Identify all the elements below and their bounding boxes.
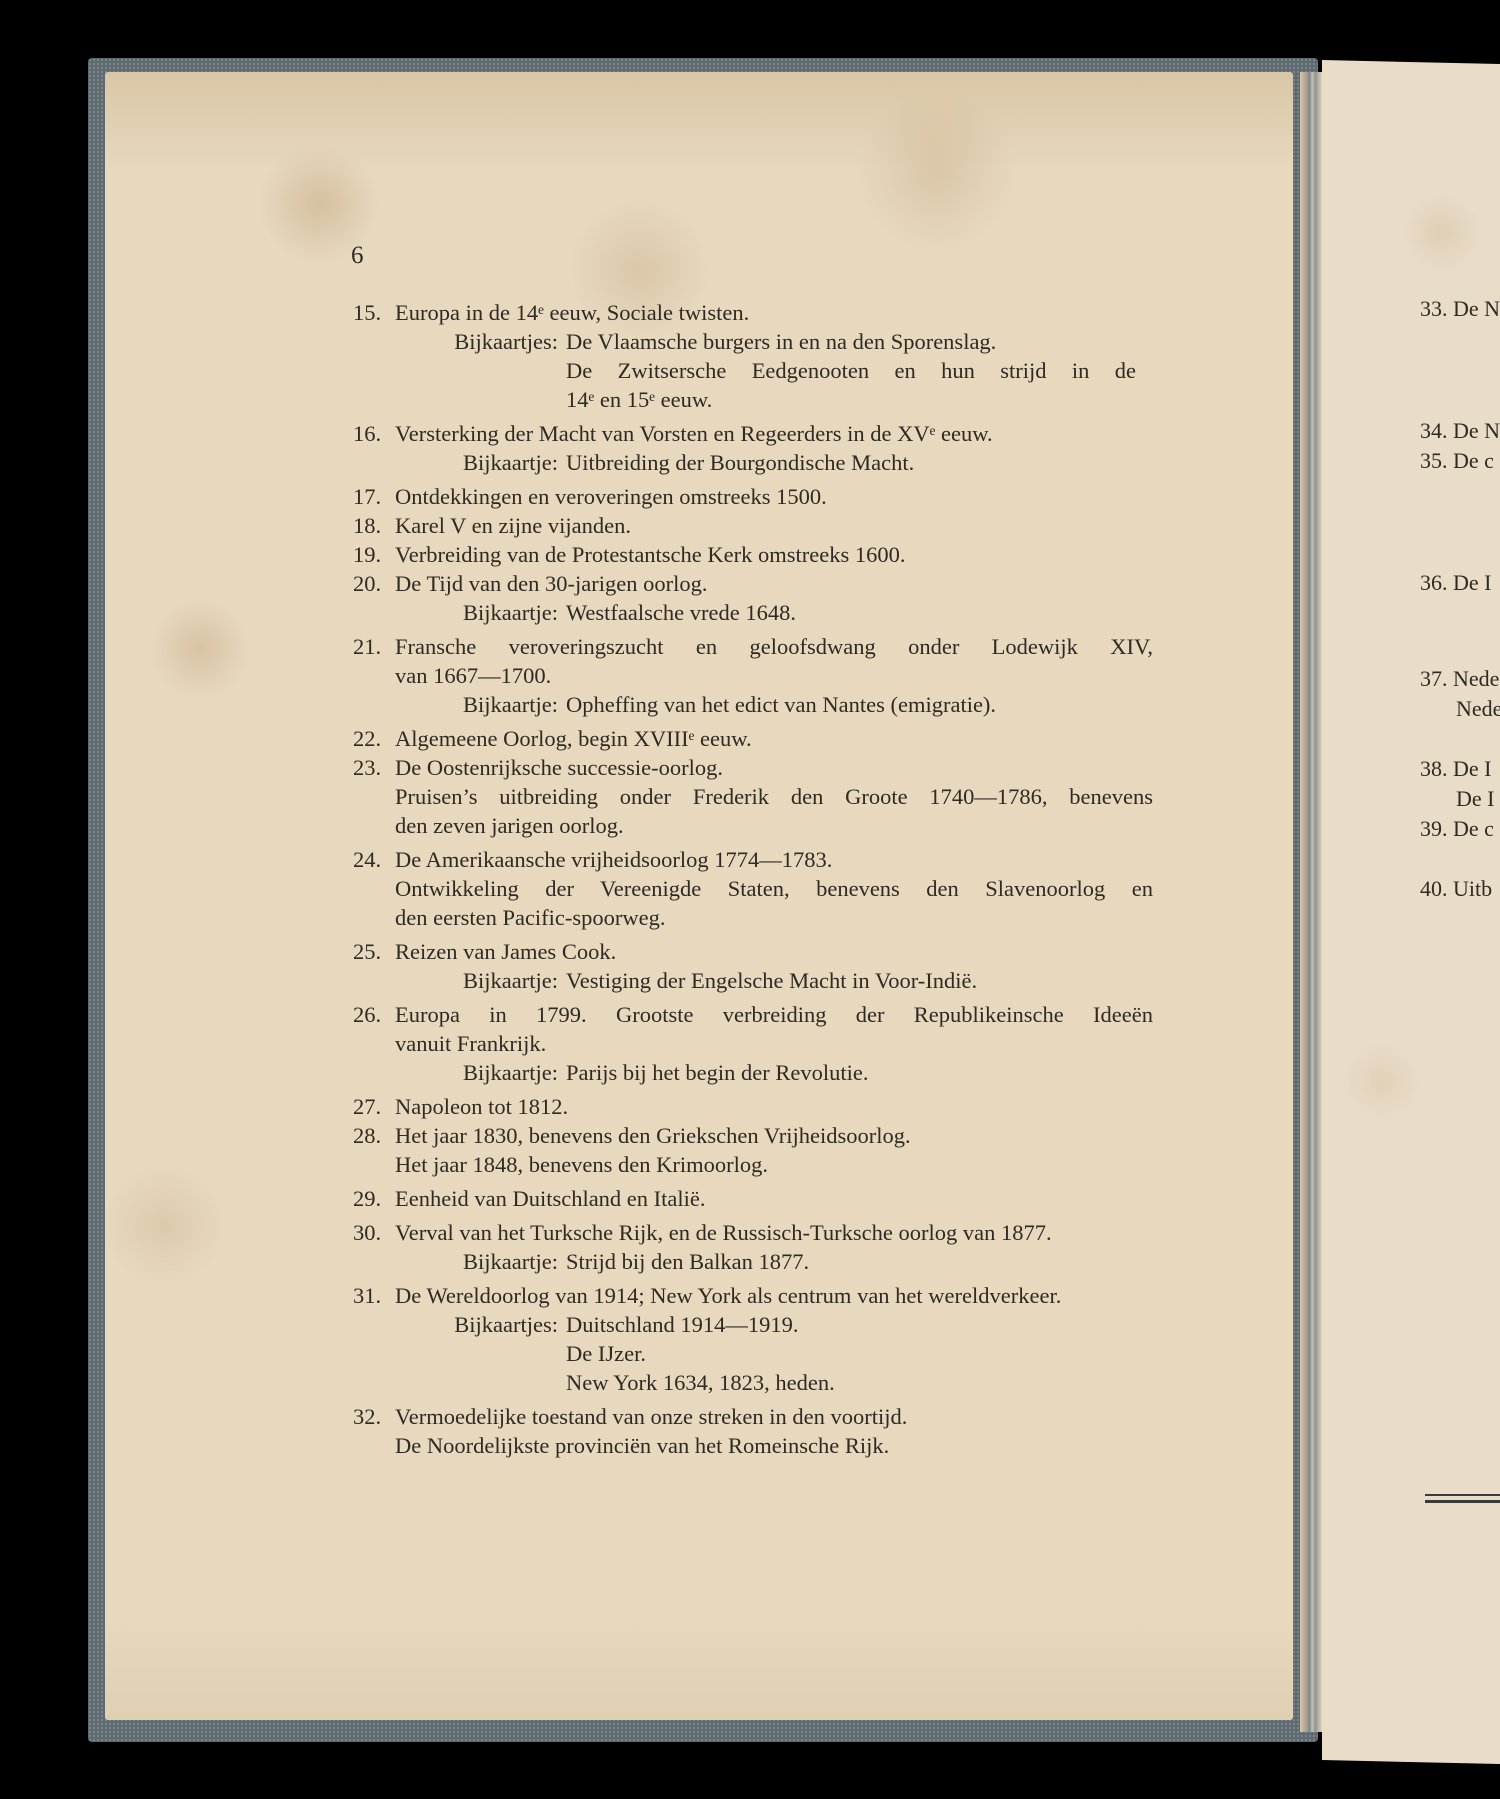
entry-title-fragment: De I — [1456, 786, 1494, 811]
entry-number: 16. — [353, 419, 395, 448]
toc-entry-18: 18.Karel V en zijne vijanden. — [353, 511, 1153, 540]
entry-title: De Tijd van den 30-jarigen oorlog. — [395, 571, 707, 596]
entry-title-cont: den zeven jarigen oorlog. — [353, 811, 1153, 840]
page-number: 6 — [351, 242, 364, 270]
entry-number: 20. — [353, 569, 395, 598]
right-page-entry-35: 35. De c — [1420, 448, 1494, 474]
entry-number: 36. — [1420, 570, 1448, 595]
entry-number: 23. — [353, 753, 395, 782]
right-page-entry-33: 33. De N — [1420, 296, 1500, 322]
entry-number: 15. — [353, 298, 395, 327]
book-spine-gutter — [1300, 72, 1322, 1732]
toc-entry-27: 27.Napoleon tot 1812. — [353, 1092, 1153, 1121]
inset-map-label: Bijkaartje: — [431, 690, 558, 719]
entry-number: 37. — [1420, 666, 1448, 691]
entry-title: De Amerikaansche vrijheidsoorlog 1774—17… — [395, 847, 832, 872]
entry-title: Verbreiding van de Protestantsche Kerk o… — [395, 542, 906, 567]
entry-title: De Wereldoorlog van 1914; New York als c… — [395, 1283, 1061, 1308]
toc-entry-21: 21.Fransche veroveringszucht en geloofsd… — [353, 632, 1153, 719]
entry-number: 31. — [353, 1281, 395, 1310]
inset-map-title: Strijd bij den Balkan 1877. — [566, 1249, 809, 1274]
right-page-entry-37-cont: Nede — [1456, 696, 1500, 722]
inset-map-title: Parijs bij het begin der Revolutie. — [566, 1060, 868, 1085]
toc-entry-19: 19.Verbreiding van de Protestantsche Ker… — [353, 540, 1153, 569]
entry-number: 24. — [353, 845, 395, 874]
toc-entry-32: 32.Vermoedelijke toestand van onze strek… — [353, 1402, 1153, 1460]
entry-number: 28. — [353, 1121, 395, 1150]
toc-entry-17: 17.Ontdekkingen en veroveringen omstreek… — [353, 482, 1153, 511]
inset-map-label: Bijkaartje: — [431, 966, 558, 995]
inset-map-title: Duitschland 1914—1919. — [566, 1312, 798, 1337]
entry-title-fragment: De I — [1453, 756, 1491, 781]
right-page-entry-37: 37. Nede — [1420, 666, 1499, 692]
entry-number: 27. — [353, 1092, 395, 1121]
inset-map-label: Bijkaartje: — [431, 448, 558, 477]
right-page-entry-36: 36. De I — [1420, 570, 1491, 596]
entry-title-cont: vanuit Frankrijk. — [353, 1029, 1153, 1058]
entry-title: Het jaar 1830, benevens den Griekschen V… — [395, 1123, 911, 1148]
inset-map-title: New York 1634, 1823, heden. — [353, 1368, 1153, 1397]
entry-number: 21. — [353, 632, 395, 661]
inset-map-title: De IJzer. — [353, 1339, 1153, 1368]
entry-title: Versterking der Macht van Vorsten en Reg… — [395, 421, 993, 446]
toc-entry-30: 30.Verval van het Turksche Rijk, en de R… — [353, 1218, 1153, 1276]
entry-title: Reizen van James Cook. — [395, 939, 616, 964]
inset-map-title: Opheffing van het edict van Nantes (emig… — [566, 692, 996, 717]
entry-title-fragment: Nede — [1453, 666, 1499, 691]
entry-title: Karel V en zijne vijanden. — [395, 513, 631, 538]
entry-number: 33. — [1420, 296, 1448, 321]
toc-entry-28: 28.Het jaar 1830, benevens den Grieksche… — [353, 1121, 1153, 1179]
entry-number: 30. — [353, 1218, 395, 1247]
entry-title-fragment: De N — [1453, 296, 1500, 321]
entry-number: 17. — [353, 482, 395, 511]
inset-map-title: Vestiging der Engelsche Macht in Voor-In… — [566, 968, 977, 993]
entry-title: Ontdekkingen en veroveringen omstreeks 1… — [395, 484, 827, 509]
inset-map-title: Uitbreiding der Bourgondische Macht. — [566, 450, 914, 475]
entry-title-fragment: De N — [1453, 418, 1500, 443]
entry-title: Verval van het Turksche Rijk, en de Russ… — [395, 1220, 1052, 1245]
toc-entry-25: 25.Reizen van James Cook. Bijkaartje:Ves… — [353, 937, 1153, 995]
entry-title-cont: Het jaar 1848, benevens den Krimoorlog. — [353, 1150, 1153, 1179]
entry-number: 18. — [353, 511, 395, 540]
entry-number: 40. — [1420, 876, 1448, 901]
entry-title: Napoleon tot 1812. — [395, 1094, 568, 1119]
entry-title-cont: De Noordelijkste provinciën van het Rome… — [353, 1431, 1153, 1460]
toc-entry-15: 15.Europa in de 14ᵉ eeuw, Sociale twiste… — [353, 298, 1153, 414]
right-page-entry-39: 39. De c — [1420, 816, 1494, 842]
toc-entry-31: 31.De Wereldoorlog van 1914; New York al… — [353, 1281, 1153, 1397]
decorative-rule — [1425, 1500, 1500, 1503]
toc-entry-26: 26.Europa in 1799. Grootste verbreiding … — [353, 1000, 1153, 1087]
right-page-entry-38-cont: De I — [1456, 786, 1494, 812]
inset-map-title: Westfaalsche vrede 1648. — [566, 600, 796, 625]
entry-number: 32. — [353, 1402, 395, 1431]
toc-entry-23: 23.De Oostenrijksche successie-oorlog. P… — [353, 753, 1153, 840]
inset-map-label: Bijkaartje: — [431, 1247, 558, 1276]
entry-title-fragment: De c — [1453, 448, 1494, 473]
entry-number: 29. — [353, 1184, 395, 1213]
entry-title-cont: Pruisen’s uitbreiding onder Frederik den… — [353, 782, 1153, 811]
inset-map-title: De Vlaamsche burgers in en na den Sporen… — [566, 329, 996, 354]
inset-map-title-cont: 14ᵉ en 15ᵉ eeuw. — [353, 385, 1153, 414]
entry-title: Vermoedelijke toestand van onze streken … — [395, 1404, 907, 1429]
right-page-entry-40: 40. Uitb — [1420, 876, 1492, 902]
entry-title-fragment: Uitb — [1453, 876, 1492, 901]
entry-number: 22. — [353, 724, 395, 753]
inset-map-label: Bijkaartjes: — [431, 327, 558, 356]
inset-map-label: Bijkaartje: — [431, 1058, 558, 1087]
entry-title-fragment: De I — [1453, 570, 1491, 595]
toc-entry-29: 29.Eenheid van Duitschland en Italië. — [353, 1184, 1153, 1213]
entry-title: Algemeene Oorlog, begin XVIIIᵉ eeuw. — [395, 726, 752, 751]
toc-entry-24: 24.De Amerikaansche vrijheidsoorlog 1774… — [353, 845, 1153, 932]
entry-title: Fransche veroveringszucht en geloofsdwan… — [395, 632, 1153, 661]
entry-number: 34. — [1420, 418, 1448, 443]
toc-entry-16: 16.Versterking der Macht van Vorsten en … — [353, 419, 1153, 477]
right-page-entry-34: 34. De N — [1420, 418, 1500, 444]
inset-map-title: De Zwitsersche Eedgenooten en hun strijd… — [566, 356, 1136, 385]
right-page-entry-38: 38. De I — [1420, 756, 1491, 782]
entry-title-cont: Ontwikkeling der Vereenigde Staten, bene… — [353, 874, 1153, 903]
toc-entry-20: 20.De Tijd van den 30-jarigen oorlog. Bi… — [353, 569, 1153, 627]
decorative-rule — [1425, 1494, 1500, 1496]
entry-number: 35. — [1420, 448, 1448, 473]
entry-number: 19. — [353, 540, 395, 569]
entry-title: Europa in de 14ᵉ eeuw, Sociale twisten. — [395, 300, 749, 325]
entry-title-fragment: Nede — [1456, 696, 1500, 721]
entry-title-cont: den eersten Pacific-spoorweg. — [353, 903, 1153, 932]
toc-entry-22: 22.Algemeene Oorlog, begin XVIIIᵉ eeuw. — [353, 724, 1153, 753]
entry-title-fragment: De c — [1453, 816, 1494, 841]
entry-number: 25. — [353, 937, 395, 966]
inset-map-label: Bijkaartje: — [431, 598, 558, 627]
entry-title-cont: van 1667—1700. — [353, 661, 1153, 690]
inset-map-label: Bijkaartjes: — [431, 1310, 558, 1339]
entry-number: 38. — [1420, 756, 1448, 781]
entry-title: Europa in 1799. Grootste verbreiding der… — [395, 1000, 1153, 1029]
entry-number: 26. — [353, 1000, 395, 1029]
table-of-contents: 15.Europa in de 14ᵉ eeuw, Sociale twiste… — [353, 298, 1153, 1465]
entry-number: 39. — [1420, 816, 1448, 841]
entry-title: De Oostenrijksche successie-oorlog. — [395, 755, 723, 780]
entry-title: Eenheid van Duitschland en Italië. — [395, 1186, 706, 1211]
